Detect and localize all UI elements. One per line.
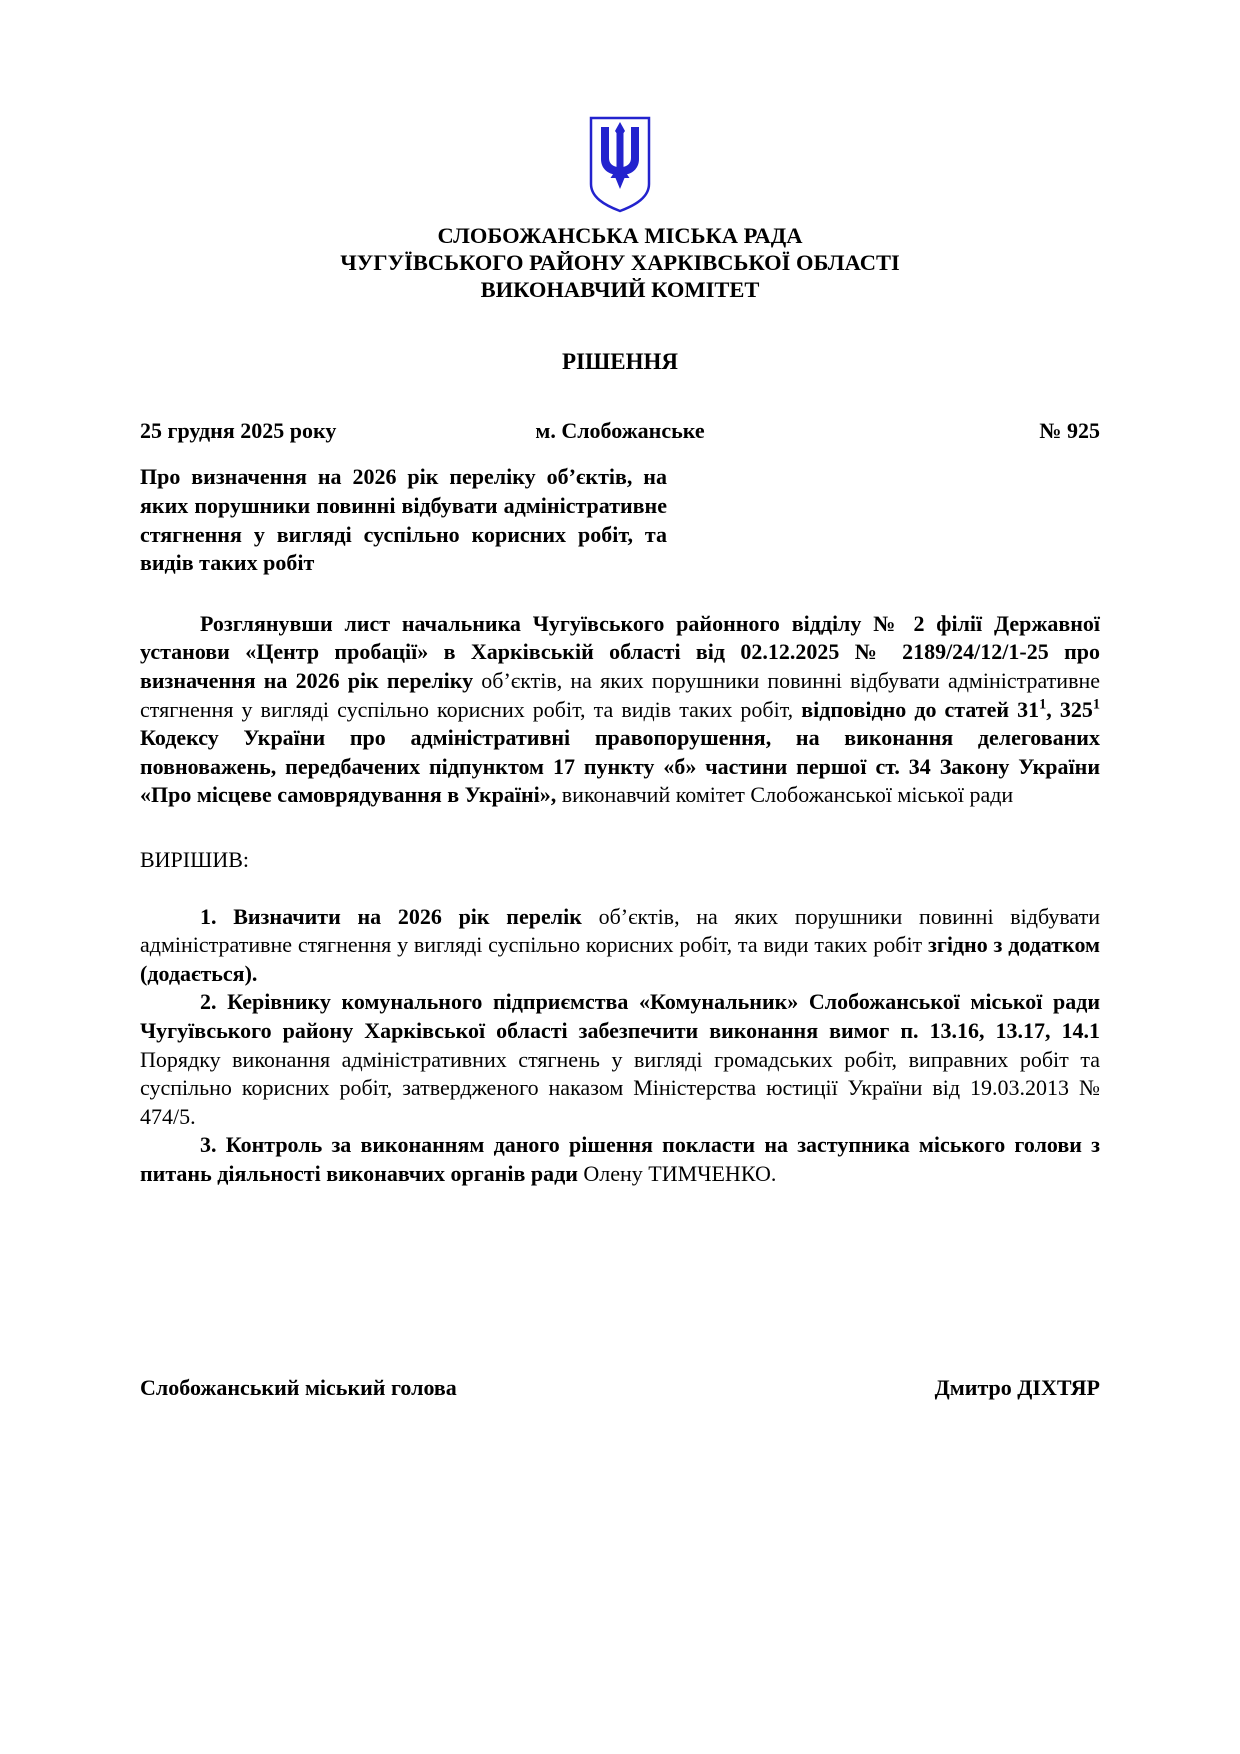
subject-paragraph: Про визначення на 2026 рік переліку об’є…	[140, 463, 667, 577]
document-meta-row: 25 грудня 2025 року м. Слобожанське № 92…	[140, 417, 1100, 446]
document-page: СЛОБОЖАНСЬКА МІСЬКА РАДА ЧУГУЇВСЬКОГО РА…	[0, 0, 1240, 1754]
org-committee-line: ВИКОНАВЧИЙ КОМІТЕТ	[140, 276, 1100, 303]
preamble-paragraph: Розглянувши лист начальника Чугуївського…	[140, 610, 1100, 810]
org-name-line: СЛОБОЖАНСЬКА МІСЬКА РАДА	[140, 222, 1100, 249]
document-type-title: РІШЕННЯ	[140, 347, 1100, 377]
document-place: м. Слобожанське	[460, 417, 780, 446]
decision-item-1: 1. Визначити на 2026 рік перелік об’єкті…	[140, 903, 1100, 989]
organization-header: СЛОБОЖАНСЬКА МІСЬКА РАДА ЧУГУЇВСЬКОГО РА…	[140, 222, 1100, 303]
signature-name: Дмитро ДІХТЯР	[935, 1374, 1100, 1403]
signature-position: Слобожанський міський голова	[140, 1374, 457, 1403]
decision-item-2: 2. Керівнику комунального підприємства «…	[140, 988, 1100, 1131]
ukraine-trident-emblem-icon	[588, 194, 652, 219]
org-district-line: ЧУГУЇВСЬКОГО РАЙОНУ ХАРКІВСЬКОЇ ОБЛАСТІ	[140, 249, 1100, 276]
decision-item-3: 3. Контроль за виконанням даного рішення…	[140, 1131, 1100, 1188]
emblem-container	[140, 116, 1100, 214]
decision-document: СЛОБОЖАНСЬКА МІСЬКА РАДА ЧУГУЇВСЬКОГО РА…	[140, 0, 1100, 1402]
signature-row: Слобожанський міський голова Дмитро ДІХТ…	[140, 1374, 1100, 1403]
document-date: 25 грудня 2025 року	[140, 417, 460, 446]
resolved-label: ВИРІШИВ:	[140, 846, 1100, 875]
decision-items: 1. Визначити на 2026 рік перелік об’єкті…	[140, 903, 1100, 1189]
document-number: № 925	[780, 417, 1100, 446]
